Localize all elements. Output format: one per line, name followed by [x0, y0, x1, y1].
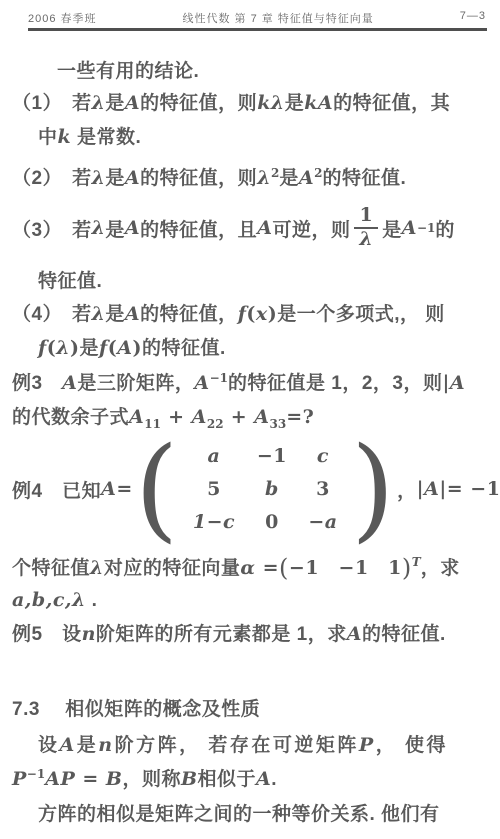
math-var: A	[450, 372, 465, 394]
vector-right-paren: )	[402, 554, 412, 582]
math-var: A	[125, 303, 140, 325]
math-var: λ	[92, 92, 106, 114]
math-var: α	[240, 557, 255, 579]
text-segment: 中	[38, 127, 58, 148]
example-5-line: 例5 设n阶矩阵的所有元素都是 1，求A的特征值.	[12, 619, 446, 646]
example-4-line-3: a,b,c,λ .	[12, 589, 97, 612]
math-var: A	[60, 734, 77, 756]
text-segment: 是	[279, 168, 299, 189]
math-var: x	[256, 303, 268, 325]
text-segment: 相似于	[198, 769, 257, 790]
equals-sign: =	[255, 557, 279, 579]
matrix-grid: a −1 c 5 b 3 1−c 0 −a	[179, 442, 351, 536]
text-segment: 的特征值，则	[140, 168, 257, 189]
math-var: A	[347, 623, 362, 645]
text-segment: 是常数.	[71, 127, 141, 148]
text-segment: 是	[77, 735, 99, 756]
intro-line: 一些有用的结论.	[57, 56, 199, 83]
conclusion-item-3-line-2: 特征值.	[38, 266, 102, 293]
fraction-denominator: λ	[359, 229, 373, 251]
text-segment: 是	[382, 215, 402, 242]
superscript: −1	[27, 767, 45, 781]
math-var: AP	[45, 768, 75, 790]
example-4-line-2: 个特征值λ对应的特征向量α =(−1 −1 1)T，求	[12, 553, 460, 582]
conclusion-item-4-line-1: （4） 若λ是A的特征值，f(x)是一个多项式,， 则	[12, 299, 445, 326]
paren: (	[108, 337, 118, 359]
conclusion-item-2: （2） 若λ是A的特征值，则λ2是A2的特征值.	[12, 163, 406, 190]
text-segment: 的特征值，	[140, 304, 238, 325]
math-var: B	[181, 768, 198, 790]
section-7-3-heading: 7.3 相似矩阵的概念及性质	[12, 694, 260, 721]
text-segment: 的特征值.	[362, 624, 446, 645]
text-segment: （1） 若	[12, 93, 92, 114]
determinant-bar: |	[442, 372, 449, 394]
determinant-bar: |	[417, 478, 424, 500]
text-segment: 可逆，则	[272, 215, 350, 242]
matrix-right-paren: )	[351, 440, 395, 539]
text-segment: 的特征值，其	[333, 93, 450, 114]
text-segment: .	[86, 590, 98, 611]
superscript: −1	[210, 371, 228, 385]
text-segment: 的特征值，且	[140, 215, 257, 242]
math-var: A	[192, 406, 207, 428]
text-segment: 是三阶矩阵，	[77, 373, 194, 394]
math-var: λ	[257, 167, 271, 189]
text-segment: 的特征值是 1，2，3，则	[228, 373, 442, 394]
subscript: 33	[269, 417, 286, 431]
text-segment: 方阵的相似是矩阵之间的一种等价关系. 他们有	[38, 804, 440, 825]
text-segment: ， 使得	[376, 735, 448, 756]
text-segment: .	[271, 769, 277, 790]
conclusion-item-1-line-2: 中k 是常数.	[38, 122, 141, 149]
math-var: A	[125, 92, 140, 114]
math-var: n	[98, 734, 114, 756]
matrix: ( a −1 c 5 b 3 1−c 0 −a )	[135, 440, 395, 539]
text-segment: =?	[286, 406, 314, 428]
math-var: A	[257, 217, 272, 239]
text-segment: 是	[285, 93, 305, 114]
matrix-left-paren: (	[135, 440, 179, 539]
text-segment: 例3	[12, 373, 62, 394]
text-segment: 是	[105, 93, 125, 114]
text-segment: 的	[435, 215, 455, 242]
determinant-bar: |	[439, 478, 446, 500]
math-var: A	[125, 217, 140, 239]
text-segment: 个特征值	[12, 558, 90, 579]
equals-sign: =	[116, 478, 132, 500]
section-title: 7.3 相似矩阵的概念及性质	[12, 699, 260, 720]
math-var: A	[62, 372, 77, 394]
text-segment: 特征值.	[38, 271, 102, 292]
header-title: 线性代数 第 7 章 特征值与特征向量	[182, 10, 373, 26]
paren: )	[268, 303, 278, 325]
similarity-def-line-3: 方阵的相似是矩阵之间的一种等价关系. 他们有	[38, 799, 440, 826]
paren: )	[70, 337, 80, 359]
text-segment: 的代数余子式	[12, 407, 129, 428]
text-segment: 设	[38, 735, 60, 756]
text-segment: 的特征值，则	[140, 93, 257, 114]
conclusion-item-3-line-1: （3） 若λ是A的特征值，且A可逆，则1λ是A−1的	[12, 200, 455, 256]
text-segment: 一些有用的结论.	[57, 61, 199, 82]
math-var: λ	[56, 337, 70, 359]
matrix-cell: 5	[181, 475, 247, 503]
math-var: P	[12, 768, 27, 790]
transpose-superscript: T	[412, 555, 421, 569]
math-var: A	[402, 217, 417, 239]
math-var: a,b,c,λ	[12, 589, 86, 611]
math-var: A	[254, 406, 269, 428]
math-var: A	[299, 167, 314, 189]
math-var: P	[359, 734, 376, 756]
operator: +	[224, 406, 255, 428]
text-segment: 是	[80, 338, 100, 359]
matrix-cell: 3	[297, 475, 349, 503]
text-segment: 例4 已知	[12, 476, 101, 503]
math-var: λ	[90, 557, 104, 579]
matrix-cell: 0	[247, 508, 297, 536]
fraction-numerator: 1	[354, 205, 378, 229]
math-var: A	[194, 372, 209, 394]
text-segment: 阶矩阵的所有元素都是 1，求	[96, 624, 347, 645]
text-segment: 对应的特征向量	[104, 558, 241, 579]
subscript: 22	[207, 417, 224, 431]
paren: )	[132, 337, 142, 359]
superscript: −1	[417, 221, 435, 235]
text-segment: 的特征值.	[323, 168, 407, 189]
superscript: 2	[314, 166, 322, 180]
math-var: f	[38, 337, 47, 359]
matrix-cell: 1−c	[181, 508, 247, 536]
math-var: k	[58, 126, 72, 148]
matrix-cell: c	[297, 442, 349, 470]
vector-left-paren: (	[279, 554, 289, 582]
math-var: λ	[92, 167, 106, 189]
example-3-line-1: 例3 A是三阶矩阵，A−1的特征值是 1，2，3，则|A	[12, 368, 465, 395]
paren: (	[246, 303, 256, 325]
paren: (	[47, 337, 57, 359]
conclusion-item-4-line-2: f(λ)是f(A)的特征值.	[38, 333, 226, 360]
text-segment: ，求	[421, 558, 460, 579]
text-segment: 阶方阵， 若存在可逆矩阵	[115, 735, 359, 756]
math-var: A	[117, 337, 132, 359]
text-segment: （3） 若	[12, 215, 92, 242]
similarity-def-line-2: P−1AP = B，则称B相似于A.	[12, 764, 277, 791]
math-var: λ	[92, 303, 106, 325]
text-segment: （4） 若	[12, 304, 92, 325]
page-header: 2006 春季班 线性代数 第 7 章 特征值与特征向量 7—3	[28, 10, 486, 26]
text-segment: ，则称	[122, 769, 181, 790]
text-segment: 的特征值.	[142, 338, 226, 359]
equals-sign: =	[75, 768, 106, 790]
header-page-number: 7—3	[460, 10, 486, 26]
text-segment: = −1	[447, 478, 500, 500]
conclusion-item-1-line-1: （1） 若λ是A的特征值，则kλ是kA的特征值，其	[12, 88, 450, 115]
math-var: A	[125, 167, 140, 189]
header-rule	[28, 28, 487, 31]
math-var: A	[101, 478, 116, 500]
matrix-cell: −a	[297, 508, 349, 536]
math-var: f	[99, 337, 108, 359]
text-segment: 是	[105, 215, 125, 242]
math-var: A	[256, 768, 271, 790]
text-segment: 例5 设	[12, 624, 82, 645]
math-var: kA	[304, 92, 333, 114]
math-var: n	[82, 623, 96, 645]
text-segment: 是	[105, 304, 125, 325]
matrix-cell: a	[181, 442, 247, 470]
math-var: λ	[92, 217, 106, 239]
vector-entries: −1 −1 1	[289, 557, 402, 579]
text-segment: ，	[397, 476, 417, 503]
math-var: A	[424, 478, 439, 500]
text-segment: 是	[105, 168, 125, 189]
text-segment: 是一个多项式,， 则	[277, 304, 445, 325]
math-var: kλ	[257, 92, 285, 114]
matrix-cell: b	[247, 475, 297, 503]
example-4-formula: 例4 已知A = ( a −1 c 5 b 3 1−c 0 −a ) ，|A| …	[12, 436, 500, 542]
math-var: B	[106, 768, 123, 790]
similarity-def-line-1: 设A是n阶方阵， 若存在可逆矩阵P， 使得	[38, 730, 448, 757]
header-course: 2006 春季班	[28, 10, 97, 26]
matrix-cell: −1	[247, 442, 297, 470]
text-segment: （2） 若	[12, 168, 92, 189]
fraction-one-over-lambda: 1λ	[354, 205, 378, 251]
